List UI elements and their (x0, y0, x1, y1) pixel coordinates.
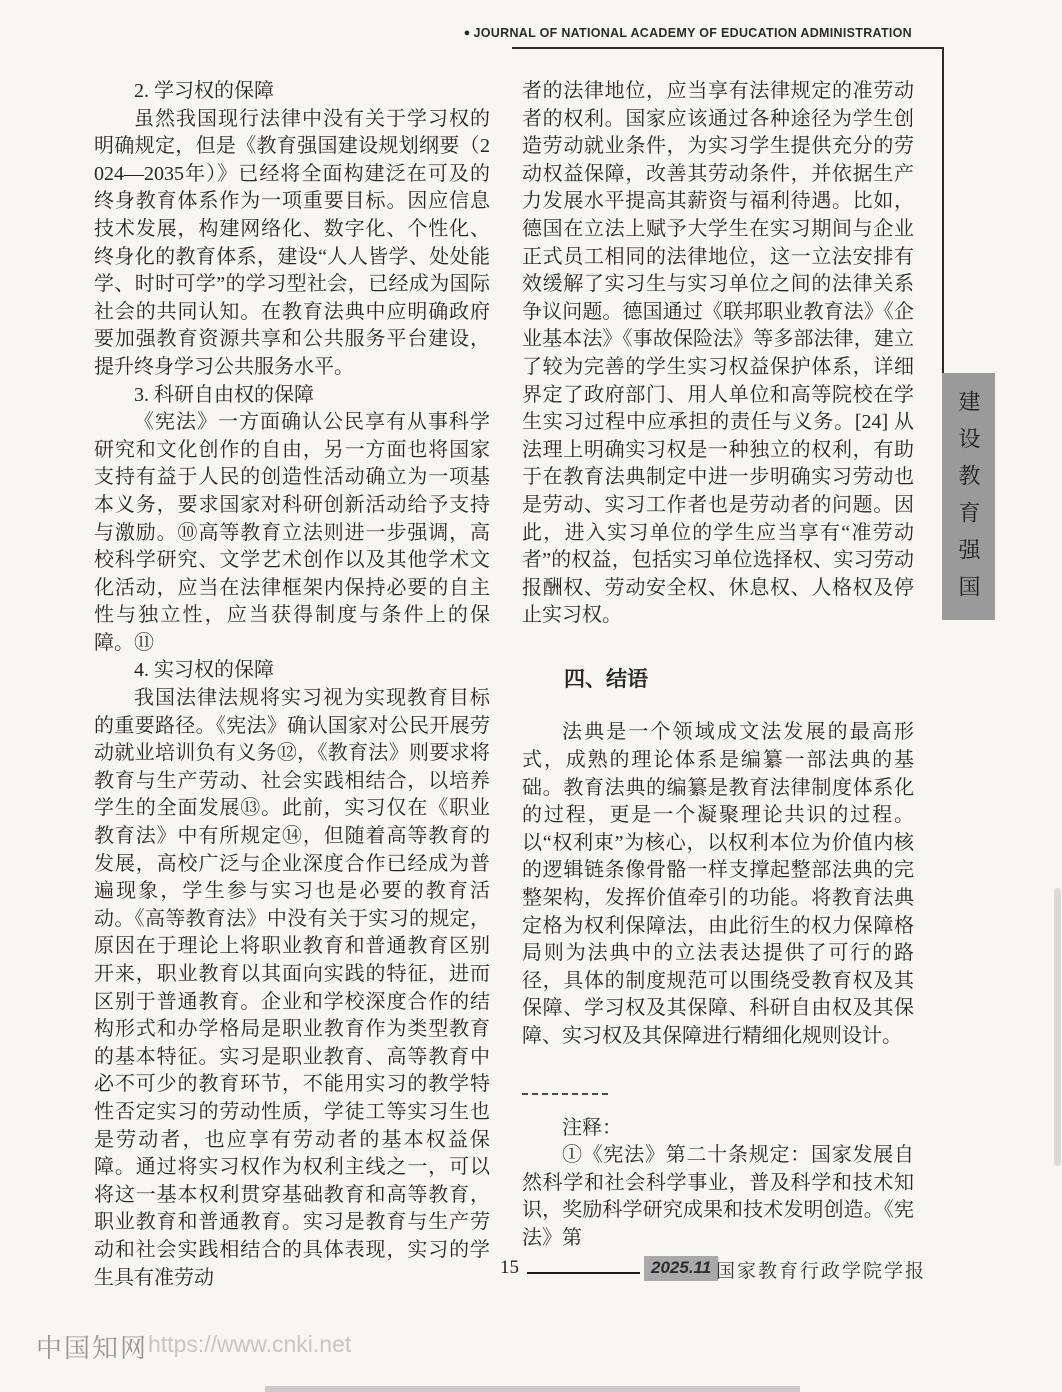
paragraph-internship-right: 我国法律法规将实习视为实现教育目标的重要路径。《宪法》确认国家对公民开展劳动就业… (94, 685, 490, 1292)
bottom-bar (265, 1386, 800, 1392)
subsection-heading-learning-right: 2. 学习权的保障 (94, 78, 490, 106)
issue-badge: 2025.11 (644, 1256, 718, 1281)
column-rule (942, 47, 944, 374)
conclusion-paragraph: 法典是一个领域成文法发展的最高形式，成熟的理论体系是编纂一部法典的基础。教育法典… (522, 719, 914, 1050)
header-rule (512, 47, 943, 49)
journal-page: ●JOURNAL OF NATIONAL ACADEMY OF EDUCATIO… (0, 0, 1062, 1392)
footer-rule (527, 1272, 640, 1274)
paragraph-learning-right: 虽然我国现行法律中没有关于学习权的明确规定，但是《教育强国建设规划纲要（2024… (94, 106, 490, 382)
journal-header: ●JOURNAL OF NATIONAL ACADEMY OF EDUCATIO… (464, 26, 912, 40)
footnote-1: ①《宪法》第二十条规定：国家发展自然科学和社会科学事业，普及科学和技术知识，奖励… (522, 1142, 914, 1252)
section-banner: 建设教育强国 (942, 373, 995, 620)
journal-title-en: JOURNAL OF NATIONAL ACADEMY OF EDUCATION… (474, 26, 912, 40)
subsection-heading-research-freedom: 3. 科研自由权的保障 (94, 382, 490, 410)
right-column: 者的法律地位，应当享有法律规定的准劳动者的权利。国家应该通过各种途径为学生创造劳… (522, 78, 914, 1253)
left-column: 2. 学习权的保障 虽然我国现行法律中没有关于学习权的明确规定，但是《教育强国建… (94, 78, 490, 1292)
banner-label: 建设教育强国 (953, 373, 984, 620)
paragraph-research-freedom: 《宪法》一方面确认公民享有从事科学研究和文化创作的自由，另一方面也将国家支持有益… (94, 409, 490, 657)
scrollbar-thumb[interactable] (1054, 888, 1061, 1166)
bullet-icon: ● (464, 27, 471, 39)
notes-label: 注释： (522, 1115, 914, 1143)
journal-title-cn: 国家教育行政学院学报 (716, 1256, 926, 1283)
conclusion-heading: 四、结语 (522, 666, 914, 694)
footnote-separator (522, 1093, 608, 1095)
cnki-watermark-url: https://www.cnki.net (148, 1331, 351, 1358)
page-number: 15 (500, 1257, 519, 1279)
cnki-watermark-logo: 中国知网 (36, 1328, 148, 1365)
subsection-heading-internship-right: 4. 实习权的保障 (94, 657, 490, 685)
paragraph-continuation: 者的法律地位，应当享有法律规定的准劳动者的权利。国家应该通过各种途径为学生创造劳… (522, 78, 914, 630)
